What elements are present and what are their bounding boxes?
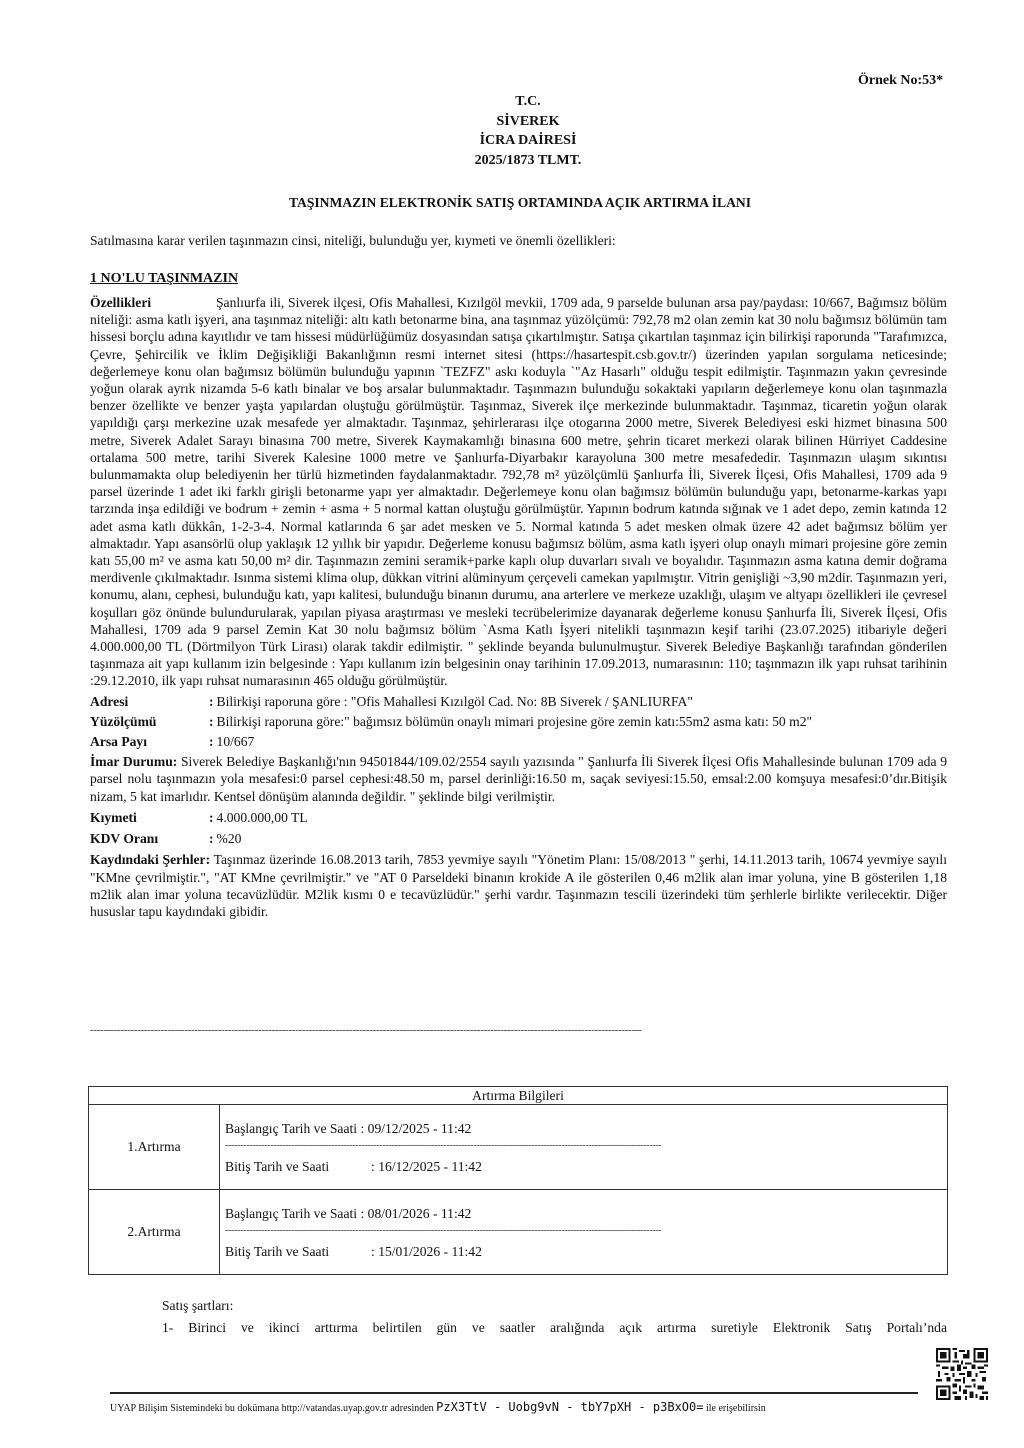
auction-row-2: 2.Artırma Başlangıç Tarih ve Saati : 08/… xyxy=(89,1190,948,1275)
vat-row: KDV Oranı : %20 xyxy=(90,830,947,847)
address-colon: : xyxy=(209,693,214,710)
zoning-paragraph: İmar Durumu: Siverek Belediye Başkanlığı… xyxy=(90,753,947,805)
end-label: Bitiş Tarih ve Saati xyxy=(225,1243,371,1260)
features-text: Şanlıurfa ili, Siverek ilçesi, Ofis Maha… xyxy=(90,295,947,688)
area-colon: : xyxy=(209,713,214,730)
vat-label: KDV Oranı xyxy=(90,830,209,847)
share-row: Arsa Payı : 10/667 xyxy=(90,733,947,750)
end-label: Bitiş Tarih ve Saati xyxy=(225,1158,371,1175)
inner-separator: ----------------------------------------… xyxy=(225,1140,765,1152)
footer-prefix: UYAP Bilişim Sistemindeki bu dokümana ht… xyxy=(110,1403,434,1414)
header-city: SİVEREK xyxy=(0,112,1024,132)
sample-number: Örnek No:53* xyxy=(858,73,943,89)
sale-terms-item-1: 1- Birinci ve ikinci arttırma belirtilen… xyxy=(162,1320,947,1336)
verification-code: PzX3TtV - Uobg9vN - tbY7pXH - p3BxO0= xyxy=(436,1400,703,1414)
auction-label-2: 2.Artırma xyxy=(89,1190,220,1275)
share-colon: : xyxy=(209,733,214,750)
auction-start-2: Başlangıç Tarih ve Saati : 08/01/2026 - … xyxy=(225,1205,947,1222)
auction-table-header: Artırma Bilgileri xyxy=(89,1087,948,1105)
document-header: T.C. SİVEREK İCRA DAİRESİ 2025/1873 TLMT… xyxy=(0,92,1024,170)
qr-code-icon xyxy=(936,1348,988,1400)
vat-value: %20 xyxy=(217,830,242,847)
value-row: Kıymeti : 4.000.000,00 TL xyxy=(90,809,947,826)
separator-line: ----------------------------------------… xyxy=(90,1024,690,1036)
start-value: 09/12/2025 - 11:42 xyxy=(368,1121,472,1136)
auction-row-1: 1.Artırma Başlangıç Tarih ve Saati : 09/… xyxy=(89,1105,948,1190)
auction-dates-1: Başlangıç Tarih ve Saati : 09/12/2025 - … xyxy=(220,1105,948,1190)
property-details: ÖzellikleriŞanlıurfa ili, Siverek ilçesi… xyxy=(90,291,947,920)
zoning-label: İmar Durumu: xyxy=(90,754,177,769)
value-value: 4.000.000,00 TL xyxy=(217,809,308,826)
header-office: İCRA DAİRESİ xyxy=(0,131,1024,151)
address-row: Adresi : Bilirkişi raporuna göre : "Ofis… xyxy=(90,693,947,710)
start-label: Başlangıç Tarih ve Saati xyxy=(225,1120,357,1137)
auction-end-2: Bitiş Tarih ve Saati: 15/01/2026 - 11:42 xyxy=(225,1243,947,1260)
header-tc: T.C. xyxy=(0,92,1024,112)
document-title: TAŞINMAZIN ELEKTRONİK SATIŞ ORTAMINDA AÇ… xyxy=(0,195,1024,211)
inner-separator: ----------------------------------------… xyxy=(225,1225,765,1237)
footer-suffix: ile erişebilirsin xyxy=(706,1403,766,1414)
annotations-text: Taşınmaz üzerinde 16.08.2013 tarih, 7853… xyxy=(90,852,947,919)
auction-info-table: Artırma Bilgileri 1.Artırma Başlangıç Ta… xyxy=(88,1086,948,1275)
start-value: 08/01/2026 - 11:42 xyxy=(368,1206,472,1221)
auction-start-1: Başlangıç Tarih ve Saati : 09/12/2025 - … xyxy=(225,1120,947,1137)
auction-dates-2: Başlangıç Tarih ve Saati : 08/01/2026 - … xyxy=(220,1190,948,1275)
end-value: 16/12/2025 - 11:42 xyxy=(378,1159,482,1174)
intro-text: Satılmasına karar verilen taşınmazın cin… xyxy=(90,233,616,249)
value-colon: : xyxy=(209,809,214,826)
share-value: 10/667 xyxy=(217,733,255,750)
address-label: Adresi xyxy=(90,693,209,710)
auction-label-1: 1.Artırma xyxy=(89,1105,220,1190)
zoning-text: Siverek Belediye Başkanlığı'nın 94501844… xyxy=(90,754,947,803)
value-label: Kıymeti xyxy=(90,809,209,826)
features-label: Özellikleri xyxy=(90,294,216,311)
vat-colon: : xyxy=(209,830,214,847)
annotations-label: Kaydındaki Şerhler: xyxy=(90,852,210,867)
property-heading: 1 NO'LU TAŞINMAZIN xyxy=(90,271,238,287)
area-row: Yüzölçümü : Bilirkişi raporuna göre:" ba… xyxy=(90,713,947,730)
features-paragraph: ÖzellikleriŞanlıurfa ili, Siverek ilçesi… xyxy=(90,294,947,690)
area-label: Yüzölçümü xyxy=(90,713,209,730)
footer-verification: UYAP Bilişim Sistemindeki bu dokümana ht… xyxy=(110,1400,766,1414)
header-file-no: 2025/1873 TLMT. xyxy=(0,151,1024,171)
footer-rule xyxy=(110,1392,918,1394)
auction-end-1: Bitiş Tarih ve Saati: 16/12/2025 - 11:42 xyxy=(225,1158,947,1175)
share-label: Arsa Payı xyxy=(90,733,209,750)
address-value: Bilirkişi raporuna göre : "Ofis Mahalles… xyxy=(217,693,693,710)
start-label: Başlangıç Tarih ve Saati xyxy=(225,1205,357,1222)
area-value: Bilirkişi raporuna göre:" bağımsız bölüm… xyxy=(217,713,813,730)
sale-terms-title: Satış şartları: xyxy=(162,1298,233,1314)
end-value: 15/01/2026 - 11:42 xyxy=(378,1244,482,1259)
annotations-paragraph: Kaydındaki Şerhler: Taşınmaz üzerinde 16… xyxy=(90,851,947,920)
